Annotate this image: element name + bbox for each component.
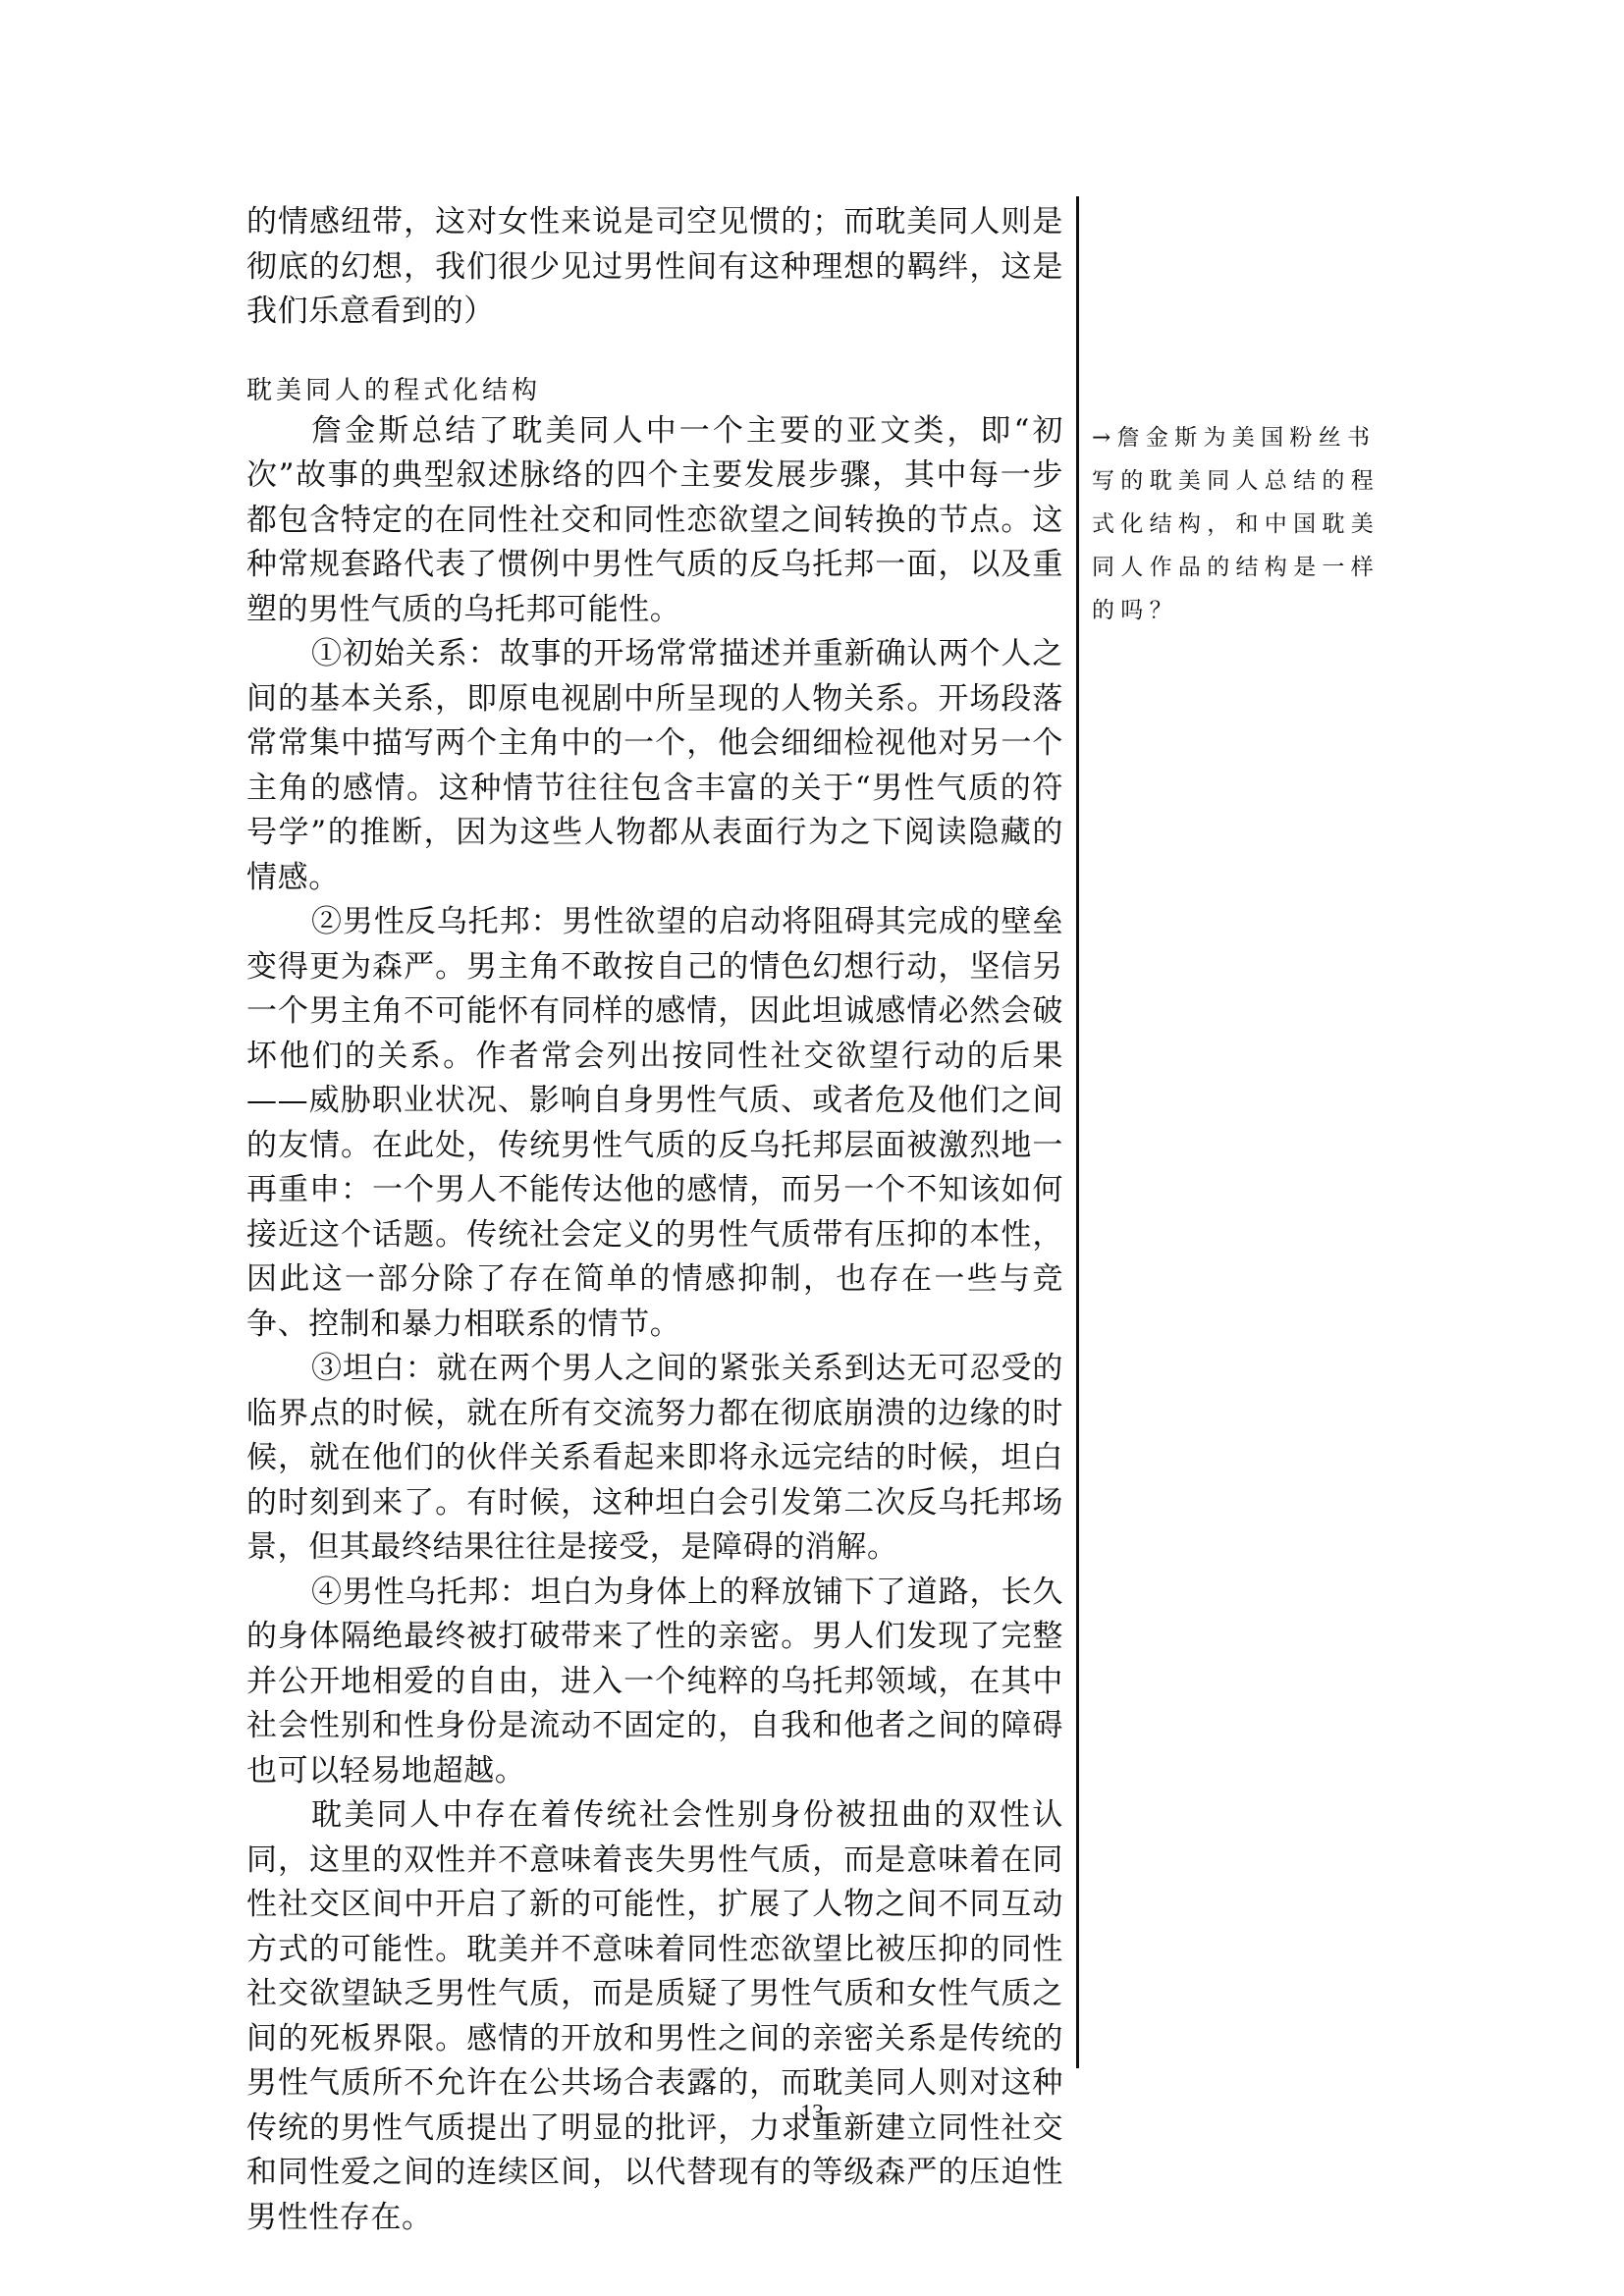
paragraph-step-3: ③坦白：就在两个男人之间的紧张关系到达无可忍受的临界点的时候，就在所有交流努力都… bbox=[246, 1347, 1063, 1571]
arrow-icon: → bbox=[1092, 425, 1117, 451]
paragraph-step-4: ④男性乌托邦：坦白为身体上的释放铺下了道路，长久的身体隔绝最终被打破带来了性的亲… bbox=[246, 1571, 1063, 1794]
paragraph-conclusion: 耽美同人中存在着传统社会性别身份被扭曲的双性认同，这里的双性并不意味着丧失男性气… bbox=[246, 1793, 1063, 2240]
margin-note-text: 詹金斯为美国粉丝书写的耽美同人总结的程式化结构，和中国耽美同人作品的结构是一样的… bbox=[1092, 425, 1380, 623]
page-number: 13 bbox=[800, 2101, 824, 2127]
intro-continuation: 的情感纽带，这对女性来说是司空见惯的；而耽美同人则是彻底的幻想，我们很少见过男性… bbox=[246, 200, 1063, 335]
section-heading: 耽美同人的程式化结构 bbox=[246, 372, 1063, 409]
margin-note: →詹金斯为美国粉丝书写的耽美同人总结的程式化结构，和中国耽美同人作品的结构是一样… bbox=[1092, 416, 1386, 632]
paragraph-overview: 詹金斯总结了耽美同人中一个主要的亚文类，即“初次”故事的典型叙述脉络的四个主要发… bbox=[246, 409, 1063, 633]
main-text-column: 的情感纽带，这对女性来说是司空见惯的；而耽美同人则是彻底的幻想，我们很少见过男性… bbox=[246, 200, 1063, 2240]
paragraph-step-2: ②男性反乌托邦：男性欲望的启动将阻碍其完成的壁垒变得更为森严。男主角不敢按自己的… bbox=[246, 900, 1063, 1347]
paragraph-step-1: ①初始关系：故事的开场常常描述并重新确认两个人之间的基本关系，即原电视剧中所呈现… bbox=[246, 632, 1063, 900]
margin-divider-line bbox=[1076, 196, 1079, 2068]
